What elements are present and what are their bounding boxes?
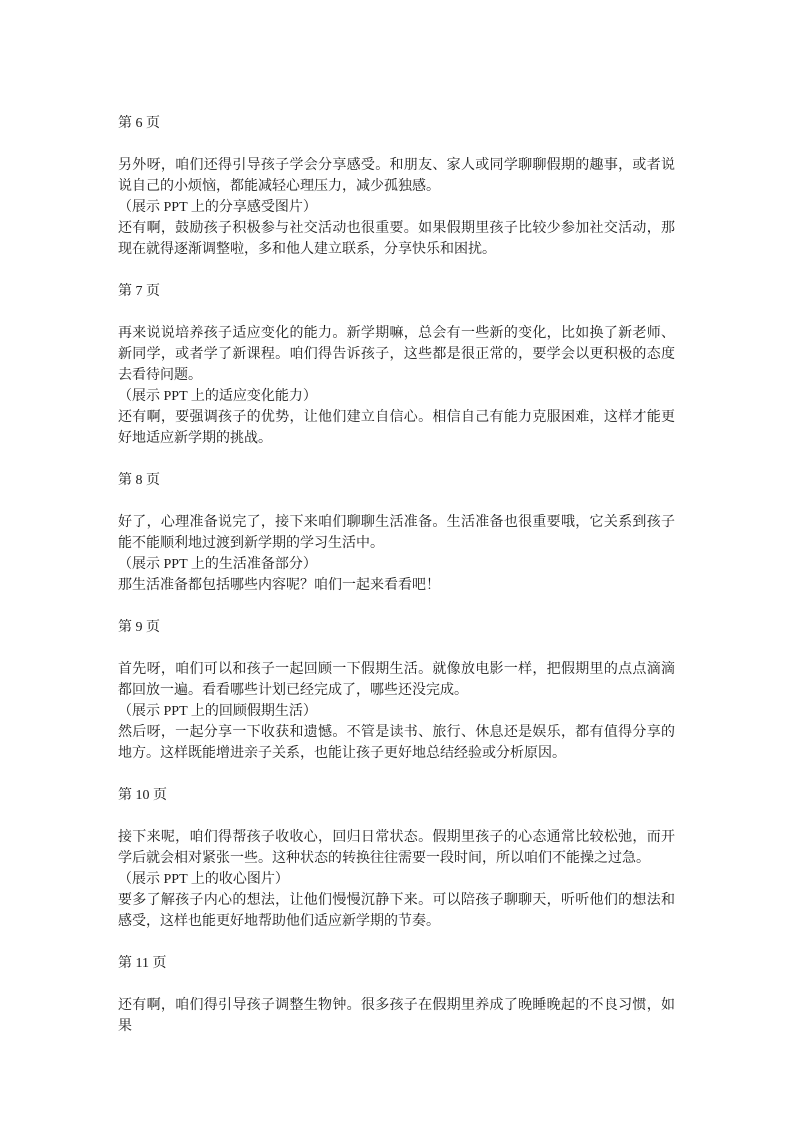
paragraph: 接下来呢，咱们得帮孩子收收心，回归日常状态。假期里孩子的心态通常比较松弛，而开学… [118, 827, 675, 869]
section-page-9: 第 9 页 首先呀，咱们可以和孩子一起回顾一下假期生活。就像放电影一样，把假期里… [118, 617, 675, 764]
ppt-note: （展示 PPT 上的适应变化能力） [118, 386, 675, 407]
section-page-8: 第 8 页 好了，心理准备说完了，接下来咱们聊聊生活准备。生活准备也很重要哦，它… [118, 470, 675, 596]
ppt-note: （展示 PPT 上的分享感受图片） [118, 197, 675, 218]
section-heading: 第 7 页 [118, 281, 675, 302]
paragraph: 那生活准备都包括哪些内容呢？咱们一起来看看吧！ [118, 575, 675, 596]
ppt-note: （展示 PPT 上的收心图片） [118, 869, 675, 890]
section-page-11: 第 11 页 还有啊，咱们得引导孩子调整生物钟。很多孩子在假期里养成了晚睡晚起的… [118, 953, 675, 1037]
paragraph: 还有啊，鼓励孩子积极参与社交活动也很重要。如果假期里孩子比较少参加社交活动，那现… [118, 218, 675, 260]
document-page: 第 6 页 另外呀，咱们还得引导孩子学会分享感受。和朋友、家人或同学聊聊假期的趣… [0, 0, 793, 1122]
section-page-10: 第 10 页 接下来呢，咱们得帮孩子收收心，回归日常状态。假期里孩子的心态通常比… [118, 785, 675, 932]
section-heading: 第 8 页 [118, 470, 675, 491]
paragraph: 还有啊，咱们得引导孩子调整生物钟。很多孩子在假期里养成了晚睡晚起的不良习惯，如果 [118, 995, 675, 1037]
paragraph: 另外呀，咱们还得引导孩子学会分享感受。和朋友、家人或同学聊聊假期的趣事，或者说说… [118, 155, 675, 197]
section-page-7: 第 7 页 再来说说培养孩子适应变化的能力。新学期嘛，总会有一些新的变化，比如换… [118, 281, 675, 449]
paragraph: 首先呀，咱们可以和孩子一起回顾一下假期生活。就像放电影一样，把假期里的点点滴滴都… [118, 659, 675, 701]
paragraph: 还有啊，要强调孩子的优势，让他们建立自信心。相信自己有能力克服困难，这样才能更好… [118, 407, 675, 449]
paragraph: 要多了解孩子内心的想法，让他们慢慢沉静下来。可以陪孩子聊聊天，听听他们的想法和感… [118, 890, 675, 932]
paragraph: 然后呀，一起分享一下收获和遗憾。不管是读书、旅行、休息还是娱乐，都有值得分享的地… [118, 722, 675, 764]
section-heading: 第 10 页 [118, 785, 675, 806]
paragraph: 好了，心理准备说完了，接下来咱们聊聊生活准备。生活准备也很重要哦，它关系到孩子能… [118, 512, 675, 554]
section-heading: 第 11 页 [118, 953, 675, 974]
section-heading: 第 6 页 [118, 113, 675, 134]
section-heading: 第 9 页 [118, 617, 675, 638]
ppt-note: （展示 PPT 上的回顾假期生活） [118, 701, 675, 722]
paragraph: 再来说说培养孩子适应变化的能力。新学期嘛，总会有一些新的变化，比如换了新老师、新… [118, 323, 675, 386]
section-page-6: 第 6 页 另外呀，咱们还得引导孩子学会分享感受。和朋友、家人或同学聊聊假期的趣… [118, 113, 675, 260]
ppt-note: （展示 PPT 上的生活准备部分） [118, 554, 675, 575]
